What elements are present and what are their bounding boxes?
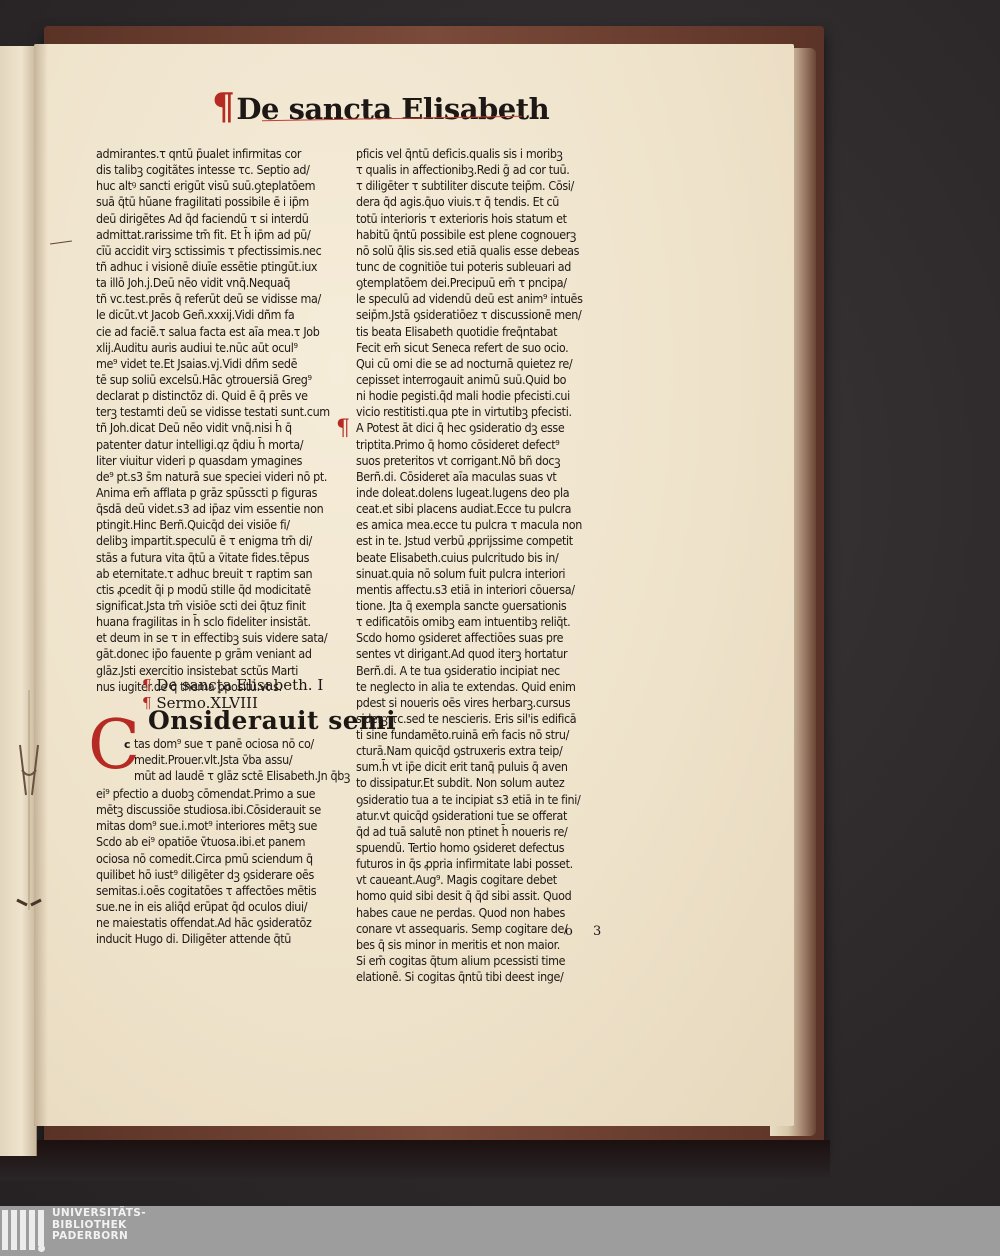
incipit: Onsiderauit semi [148,706,396,735]
text-line: ab eternitate.τ adhuc breuit τ raptim sa… [96,566,352,582]
text-line: vicio restitisti.qua pte in virtutibꝫ pf… [356,404,616,420]
binding-thread-icon [14,690,44,910]
text-line: cturā.Nam quicq̄d ꝯstruxeris extra teip/ [356,743,616,759]
text-line: homo quid sibi desit q̄ q̄d sibi assit. … [356,888,616,904]
text-line: admittat.rarissime tm̄ fit. Et h̄ ip̄m a… [96,227,352,243]
text-line: τ edificatōis omibꝫ eam intuentibꝫ reliq… [356,614,616,630]
text-line: suos preteritos vt corrigant.Nō bñ docꝫ [356,453,616,469]
text-line: ta illō Joh.j.Deū nēo vidit vnq̄.Nequaq̄ [96,275,352,291]
text-line: bes q̄ sis minor in meritis et non maior… [356,937,616,953]
text-line: τ diligēter τ subtiliter discute teip̄m.… [356,178,616,194]
text-line: Fecit em̄ sicut Seneca refert de suo oci… [356,340,616,356]
signature-mark: o 3 [565,924,609,939]
text-line: ctis ꝓcedit q̄i p modū stille q̄d modici… [96,582,352,598]
text-line: stās a futura vita q̄tū a v̄itate fides.… [96,550,352,566]
text-line: futuros in q̄s ꝓpria infirmitate labi po… [356,856,616,872]
text-line: declarat p distinctōz di. Quid ē q̄ prēs… [96,388,352,404]
text-line: huana fragilitas in h̄ sclo fideliter in… [96,614,352,630]
text-line: totū interioris τ exterioris hois statum… [356,211,616,227]
text-line: admirantes.τ qntū p̄ualet infirmitas cor [96,146,352,162]
text-line: patenter datur intelligi.qz q̄diu h̄ mor… [96,437,352,453]
text-line: suā q̄tū hūane fragilitati possibile ē i… [96,194,352,210]
text-line: quilibet hō iust⁹ diligēter dꝫ ꝯsiderare… [96,867,352,883]
text-line: Si em̄ cogitas q̄tum alium pcessisti tim… [356,953,616,969]
text-line: ne maiestatis offendat.Ad hāc ꝯsideratōz [96,915,352,931]
section-heading-line1: ¶ De sancta Elisabeth. I [142,676,323,694]
text-line: es amica mea.ecce tu pulcra τ macula non [356,517,616,533]
text-line: ni hodie pegisti.q̄d mali hodie pfecisti… [356,388,616,404]
text-line: Berñ.di. A te tua ꝯsideratio incipiat ne… [356,663,616,679]
guide-letter: c [124,738,131,751]
text-line: Berñ.di. Cōsideret aīa maculas suas vt [356,469,616,485]
text-line: ꝯtemplatōem dei.Precipuū em̄ τ pncipa/ [356,275,616,291]
text-line: mentis affectu.s3 etiā in interiori cōue… [356,582,616,598]
text-line: mūt ad laudē τ glāz sctē Elisabeth.Jn q̄… [134,768,354,784]
text-line: xlij.Auditu auris audiui te.nūc aūt ocul… [96,340,352,356]
logo-dot-icon [38,1245,45,1252]
text-line: cie ad faciē.τ salua facta est aīa mea.τ… [96,324,352,340]
text-line: ꝯsideratio tua a te incipiat s3 etiā in … [356,792,616,808]
text-line: q̄d ad tuā salutē non ptinet h̄ noueris … [356,824,616,840]
text-line: sum.h̄ vt ip̄e dicit erit tanq̄ puluis q… [356,759,616,775]
text-line: medit.Prouer.vlt.Jsta v̄ba assu/ [134,752,354,768]
text-column-left-sermon: ei⁹ pfectio a duobꝫ cōmendat.Primo a sue… [96,786,352,947]
text-line: est in te. Jstud verbū ꝓprijssime compet… [356,533,616,549]
text-column-right: pficis vel q̄ntū deficis.qualis sis i mo… [356,146,616,985]
sermon-opening-lines: tas dom⁹ sue τ panē ociosa nō co/medit.P… [134,736,354,784]
text-line: q̄sdā deū videt.s3 ad ip̄az vim essentie… [96,501,352,517]
text-line: atur.vt quicq̄d ꝯsiderationi tue se offe… [356,808,616,824]
text-line: significat.Jsta tm̄ visiōe scti dei q̄tu… [96,598,352,614]
text-line: tñ vc.test.prēs q̄ referūt deū se vidiss… [96,291,352,307]
text-line: deū dirigētes Ad q̄d faciendū τ si inter… [96,211,352,227]
text-line: ptingit.Hinc Berñ.Quicq̄d dei visiōe fi/ [96,517,352,533]
text-line: tē sup soliū excelsū.Hāc ꝯtrouersiā Greg… [96,372,352,388]
text-line: liter viuitur videri p quasdam ymagines [96,453,352,469]
text-line: ei⁹ pfectio a duobꝫ cōmendat.Primo a sue [96,786,352,802]
text-line: semitas.i.oēs cogitatōes τ affectōes mēt… [96,883,352,899]
text-line: tñ Joh.dicat Deū nēo vidit vnq̄.nisi h̄ … [96,420,352,436]
text-line: gāt.donec ip̄o fauente p grām veniant ad [96,646,352,662]
text-line: Qui cū omi die se ad nocturnā quietez re… [356,356,616,372]
library-name-line3: PADERBORN [52,1231,146,1243]
library-name-line1: UNIVERSITÄTS- [52,1208,146,1220]
text-line: le dicūt.vt Jacob Geñ.xxxij.Vidi dñm fa [96,307,352,323]
text-line: to dissipatur.Et subdit. Non solum autez [356,775,616,791]
text-line: tione. Jta q̄ exempla sancte ꝯuersationi… [356,598,616,614]
text-line: A Potest āt dici q̄ hec ꝯsideratio dꝫ es… [356,420,616,436]
text-line: mētꝫ discussiōe studiosa.ibi.Cōsiderauit… [96,802,352,818]
text-line: habitū q̄ntū possibile est plene cognoue… [356,227,616,243]
text-line: nō solū q̄lis sis.sed etiā qualis esse d… [356,243,616,259]
text-line: sue.ne in eis aliq̄d erūpat q̄d oculos d… [96,899,352,915]
facing-page-edge [0,46,37,1156]
text-line: me⁹ videt te.Et Jsaias.vj.Vidi dñm sedē [96,356,352,372]
text-column-left: admirantes.τ qntū p̄ualet infirmitas cor… [96,146,352,695]
text-line: habes caue ne perdas. Quod non habes [356,905,616,921]
text-line: cepisset interrogauit animū suū.Quid bo [356,372,616,388]
running-head: ¶De sancta Elisabeth [212,86,549,128]
text-line: sinuat.quia nō solum fuit pulcra interio… [356,566,616,582]
text-line: Scdo ab ei⁹ opatiōe v̄tuosa.ibi.et panem [96,834,352,850]
library-footer [0,1206,1000,1256]
text-line: et deum in se τ in effectibꝫ suis videre… [96,630,352,646]
text-line: tunc de cognitiōe tui poteris subleuari … [356,259,616,275]
text-line: terꝫ testamti deū se vidisse testati sun… [96,404,352,420]
text-line: spuendū. Tertio homo ꝯsideret defectus [356,840,616,856]
text-line: vt caueant.Aug⁹. Magis cogitare debet [356,872,616,888]
page-gutter-shadow [34,44,48,1126]
text-line: Scdo homo ꝯsideret affectiōes suas pre [356,630,616,646]
book-shadow [0,1140,830,1180]
text-line: seip̄m.Jstā ꝯsideratiōez τ discussionē m… [356,307,616,323]
text-line: de⁹ pt.s3 s̄m naturā sue speciei videri … [96,469,352,485]
text-line: ceat.et sibi placens audiat.Ecce tu pulc… [356,501,616,517]
text-line: elationē. Si cogitas q̄ntū tibi deest in… [356,969,616,985]
text-line: tis beata Elisabeth quotidie freq̄ntabat [356,324,616,340]
text-line: triptita.Primo q̄ homo cōsideret defect⁹ [356,437,616,453]
text-line: tñ adhuc i visionē diuīe essētie ptingūt… [96,259,352,275]
decorated-initial: C [88,712,140,780]
text-line: cīū accidit virꝫ sctissimis τ pfectissim… [96,243,352,259]
pilcrow-margin-icon: ¶ [336,416,350,441]
text-line: Anima em̄ afflata p grāz spūsscti p figu… [96,485,352,501]
text-line: inde doleat.dolens lugeat.lugens deo pla [356,485,616,501]
text-line: delibꝫ impartit.speculū ē τ enigma tm̄ d… [96,533,352,549]
text-line: τ qualis in affectionibꝫ.Redi ḡ ad cor t… [356,162,616,178]
text-line: dis talibꝫ cogitãtes intesse τc. Septio … [96,162,352,178]
text-line: huc altꝰ sancti erigūt visū suū.ꝯteplatō… [96,178,352,194]
rubric-pilcrow-icon: ¶ [212,86,234,128]
text-line: beate Elisabeth.cuius pulcritudo bis in/ [356,550,616,566]
text-line: inducit Hugo di. Diligēter attende q̄tū [96,931,352,947]
text-line: le speculū ad videndū deū est anim⁹ intu… [356,291,616,307]
text-line: sentes vt dirigant.Ad quod iterꝫ hortatu… [356,646,616,662]
text-line: mitas dom⁹ sue.i.mot⁹ interiores mētꝫ su… [96,818,352,834]
text-line: tas dom⁹ sue τ panē ociosa nō co/ [134,736,354,752]
text-line: te neglecto in alia te extendas. Quid en… [356,679,616,695]
text-line: pficis vel q̄ntū deficis.qualis sis i mo… [356,146,616,162]
library-name: UNIVERSITÄTS- BIBLIOTHEK PADERBORN [52,1208,146,1243]
text-line: dera q̄d agis.q̄uo viuis.τ q̄ tendis. Et… [356,194,616,210]
text-line: ociosa nō comedit.Circa pmū sciendum q̄ [96,851,352,867]
